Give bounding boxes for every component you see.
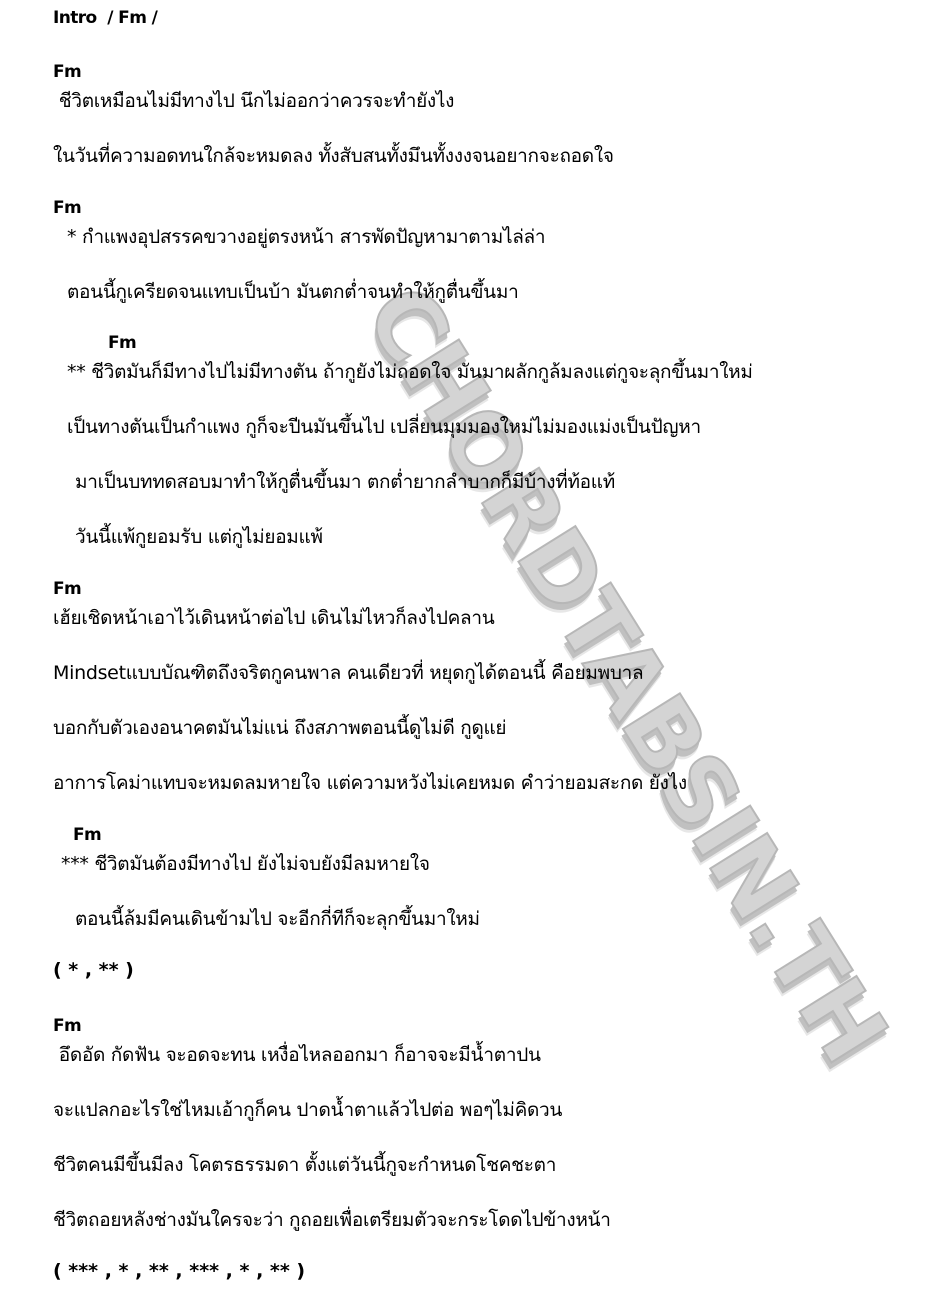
lyric-line: ชีวิตเหมือนไม่มีทางไป นึกไม่ออกว่าควรจะท…: [53, 86, 454, 116]
lyric-line: อึดอัด กัดฟัน จะอดจะทน เหงื่อไหลออกมา ก็…: [53, 1040, 541, 1070]
chord-line: Fm: [53, 198, 81, 218]
chord-line: Fm: [53, 62, 81, 82]
lyric-line: ** ชีวิตมันก็มีทางไปไม่มีทางตัน ถ้ากูยัง…: [67, 357, 753, 387]
section-marker: ( * , ** ): [53, 959, 134, 981]
lyric-line: เป็นทางตันเป็นกำแพง กูก็จะปีนมันขึ้นไป เ…: [67, 412, 701, 442]
lyric-line: ชีวิตคนมีขึ้นมีลง โคตรธรรมดา ตั้งแต่วันน…: [53, 1150, 556, 1180]
lyrics-sheet: CHORDTABSIN.TH Intro / Fm / Fm ชีวิตเหมื…: [0, 0, 930, 1300]
section-marker: ( *** , * , ** , *** , * , ** ): [53, 1260, 305, 1282]
lyric-line: วันนี้แพ้กูยอมรับ แต่กูไม่ยอมแพ้: [75, 522, 323, 552]
lyric-line: ในวันที่ความอดทนใกล้จะหมดลง ทั้งสับสนทั้…: [53, 141, 614, 171]
lyric-line: จะแปลกอะไรใช่ไหมเอ้ากูก็คน ปาดน้ำตาแล้วไ…: [53, 1095, 562, 1125]
chord-line: Fm: [53, 1016, 81, 1036]
lyric-line: ตอนนี้ล้มมีคนเดินข้ามไป จะอีกกี่ทีก็จะลุ…: [75, 904, 480, 934]
lyric-line: เฮ้ยเชิดหน้าเอาไว้เดินหน้าต่อไป เดินไม่ไ…: [53, 603, 494, 633]
lyric-line: * กำแพงอุปสรรคขวางอยู่ตรงหน้า สารพัดปัญห…: [67, 222, 545, 252]
lyric-line: อาการโคม่าแทบจะหมดลมหายใจ แต่ความหวังไม่…: [53, 768, 687, 798]
chord-line: Fm: [53, 579, 81, 599]
chord-line: Fm: [73, 825, 101, 845]
lyric-line: ชีวิตถอยหลังช่างมันใครจะว่า กูถอยเพื่อเต…: [53, 1205, 611, 1235]
lyric-line: *** ชีวิตมันต้องมีทางไป ยังไม่จบยังมีลมห…: [61, 849, 430, 879]
lyric-line: มาเป็นบททดสอบมาทำให้กูตื่นขึ้นมา ตกต่ำยา…: [75, 467, 615, 497]
intro-line: Intro / Fm /: [53, 8, 157, 28]
lyric-line: Mindsetแบบบัณฑิตถึงจริตกูคนพาล คนเดียวที…: [53, 658, 643, 688]
lyric-line: ตอนนี้กูเครียดจนแทบเป็นบ้า มันตกต่ำจนทำใ…: [67, 277, 518, 307]
lyric-line: บอกกับตัวเองอนาคตมันไม่แน่ ถึงสภาพตอนนี้…: [53, 713, 506, 743]
chord-line: Fm: [108, 333, 136, 353]
